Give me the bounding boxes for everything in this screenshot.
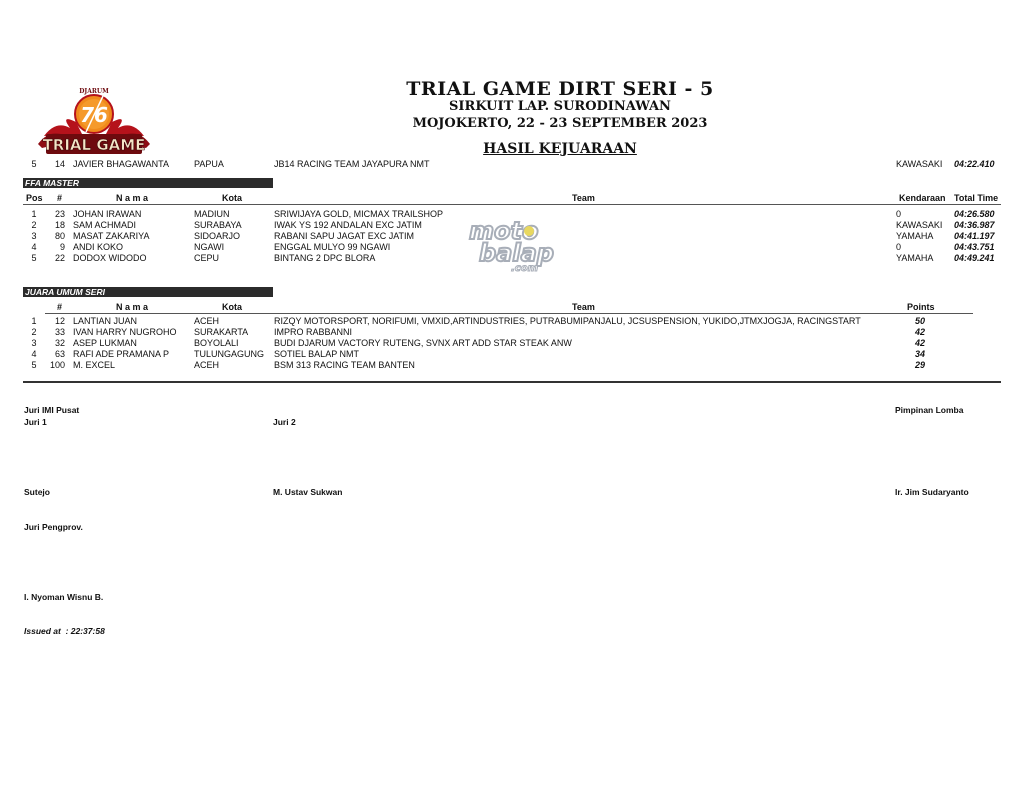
juri1-name: Sutejo — [24, 487, 50, 497]
header-divider — [23, 204, 1001, 205]
rider-city: SURAKARTA — [194, 327, 248, 337]
rider-vehicle: YAMAHA — [896, 253, 933, 263]
rider-name: LANTIAN JUAN — [73, 316, 137, 326]
pos: 4 — [28, 349, 40, 359]
rider-team: JB14 RACING TEAM JAYAPURA NMT — [274, 159, 430, 169]
pos: 3 — [28, 231, 40, 241]
rider-number: 14 — [45, 159, 65, 169]
rider-points: 34 — [905, 349, 935, 359]
motobalap-watermark: moto balap .com — [465, 215, 565, 273]
rider-city: PAPUA — [194, 159, 224, 169]
juri1-label: Juri 1 — [24, 417, 47, 427]
rider-number: 80 — [45, 231, 65, 241]
rider-name: RAFI ADE PRAMANA P — [73, 349, 169, 359]
rider-number: 100 — [45, 360, 65, 370]
rider-vehicle: 0 — [896, 209, 901, 219]
col-name: N a m a — [116, 193, 148, 203]
logo-name: TRIAL GAME — [43, 136, 146, 154]
svg-text:.com: .com — [511, 263, 538, 273]
rider-number: 33 — [45, 327, 65, 337]
rider-number: 9 — [45, 242, 65, 252]
table-row: 233IVAN HARRY NUGROHOSURAKARTAIMPRO RABB… — [0, 327, 1024, 338]
col-team: Team — [572, 193, 595, 203]
rider-team: BINTANG 2 DPC BLORA — [274, 253, 375, 263]
rider-name: M. EXCEL — [73, 360, 115, 370]
rider-city: MADIUN — [194, 209, 230, 219]
col-points: Points — [907, 302, 935, 312]
rider-team: ENGGAL MULYO 99 NGAWI — [274, 242, 390, 252]
table-row: 112LANTIAN JUANACEHRIZQY MOTORSPORT, NOR… — [0, 316, 1024, 327]
rider-number: 18 — [45, 220, 65, 230]
table-row: 5 14 JAVIER BHAGAWANTA PAPUA JB14 RACING… — [0, 159, 1024, 170]
rider-name: IVAN HARRY NUGROHO — [73, 327, 177, 337]
pimpinan-lomba-name: Ir. Jim Sudaryanto — [895, 487, 969, 497]
col-team: Team — [572, 302, 595, 312]
table-row: 332ASEP LUKMANBOYOLALIBUDI DJARUM VACTOR… — [0, 338, 1024, 349]
juri-pengprov-label: Juri Pengprov. — [24, 522, 83, 532]
rider-number: 12 — [45, 316, 65, 326]
event-venue: SIRKUIT LAP. SURODINAWAN — [300, 99, 820, 114]
rider-team: SOTIEL BALAP NMT — [274, 349, 359, 359]
col-name: N a m a — [116, 302, 148, 312]
col-time: Total Time — [954, 193, 998, 203]
pos: 5 — [28, 159, 40, 169]
pos: 5 — [28, 253, 40, 263]
pimpinan-lomba-label: Pimpinan Lomba — [895, 405, 963, 415]
rider-points: 42 — [905, 327, 935, 337]
rider-team: RABANI SAPU JAGAT EXC JATIM — [274, 231, 414, 241]
trial-game-logo: DJARUM 76 TRIAL GAME — [36, 84, 152, 160]
rider-name: MASAT ZAKARIYA — [73, 231, 150, 241]
rider-city: SURABAYA — [194, 220, 242, 230]
rider-number: 23 — [45, 209, 65, 219]
juara-umum-header: # N a m a Kota Team Points — [0, 302, 1024, 313]
table-row: 5100M. EXCELACEHBSM 313 RACING TEAM BANT… — [0, 360, 1024, 371]
rider-name: SAM ACHMADI — [73, 220, 136, 230]
pos: 5 — [28, 360, 40, 370]
issued-at: Issued at : 22:37:58 — [24, 626, 105, 636]
pos: 1 — [28, 209, 40, 219]
rider-name: ASEP LUKMAN — [73, 338, 137, 348]
rider-team: IWAK YS 192 ANDALAN EXC JATIM — [274, 220, 422, 230]
rider-city: ACEH — [194, 316, 219, 326]
rider-name: DODOX WIDODO — [73, 253, 147, 263]
rider-city: ACEH — [194, 360, 219, 370]
rider-team: BUDI DJARUM VACTORY RUTENG, SVNX ART ADD… — [274, 338, 572, 348]
juri-pengprov-name: I. Nyoman Wisnu B. — [24, 592, 103, 602]
rider-city: TULUNGAGUNG — [194, 349, 264, 359]
rider-time: 04:43.751 — [954, 242, 995, 252]
rider-points: 50 — [905, 316, 935, 326]
pos: 2 — [28, 327, 40, 337]
rider-name: JAVIER BHAGAWANTA — [73, 159, 169, 169]
section-juara-umum: JUARA UMUM SERI — [23, 287, 273, 297]
rider-team: RIZQY MOTORSPORT, NORIFUMI, VMXID,ARTIND… — [274, 316, 861, 326]
logo-sponsor-text: DJARUM — [79, 88, 109, 95]
rider-city: NGAWI — [194, 242, 224, 252]
rider-team: BSM 313 RACING TEAM BANTEN — [274, 360, 415, 370]
issued-label: Issued at : — [24, 626, 71, 636]
rider-city: CEPU — [194, 253, 219, 263]
rider-number: 63 — [45, 349, 65, 359]
pos: 2 — [28, 220, 40, 230]
rider-time: 04:22.410 — [954, 159, 995, 169]
table-row: 463RAFI ADE PRAMANA PTULUNGAGUNGSOTIEL B… — [0, 349, 1024, 360]
juri2-label: Juri 2 — [273, 417, 296, 427]
event-location-date: MOJOKERTO, 22 - 23 SEPTEMBER 2023 — [300, 116, 820, 131]
col-number: # — [57, 302, 62, 312]
issued-time: 22:37:58 — [71, 626, 105, 636]
section-divider — [23, 381, 1001, 383]
rider-city: BOYOLALI — [194, 338, 239, 348]
rider-number: 32 — [45, 338, 65, 348]
col-city: Kota — [222, 193, 242, 203]
rider-city: SIDOARJO — [194, 231, 240, 241]
rider-name: JOHAN IRAWAN — [73, 209, 141, 219]
col-pos: Pos — [26, 193, 43, 203]
col-number: # — [57, 193, 62, 203]
logo-number: 76 — [80, 103, 108, 127]
pos: 4 — [28, 242, 40, 252]
juri-imi-pusat-label: Juri IMI Pusat — [24, 405, 79, 415]
col-city: Kota — [222, 302, 242, 312]
juri2-name: M. Ustav Sukwan — [273, 487, 342, 497]
rider-points: 29 — [905, 360, 935, 370]
rider-time: 04:36.987 — [954, 220, 995, 230]
rider-team: IMPRO RABBANNI — [274, 327, 352, 337]
section-ffa-master: FFA MASTER — [23, 178, 273, 188]
pos: 1 — [28, 316, 40, 326]
col-vehicle: Kendaraan — [899, 193, 946, 203]
event-title: TRIAL GAME DIRT SERI - 5 — [300, 78, 820, 100]
ffa-master-header: Pos # N a m a Kota Team Kendaraan Total … — [0, 193, 1024, 204]
pos: 3 — [28, 338, 40, 348]
rider-name: ANDI KOKO — [73, 242, 123, 252]
rider-points: 42 — [905, 338, 935, 348]
rider-team: SRIWIJAYA GOLD, MICMAX TRAILSHOP — [274, 209, 443, 219]
rider-time: 04:41.197 — [954, 231, 995, 241]
rider-vehicle: 0 — [896, 242, 901, 252]
rider-vehicle: KAWASAKI — [896, 220, 942, 230]
rider-number: 22 — [45, 253, 65, 263]
rider-time: 04:26.580 — [954, 209, 995, 219]
results-subtitle: HASIL KEJUARAAN — [300, 141, 820, 157]
rider-time: 04:49.241 — [954, 253, 995, 263]
rider-vehicle: YAMAHA — [896, 231, 933, 241]
rider-vehicle: KAWASAKI — [896, 159, 942, 169]
header-divider — [45, 313, 973, 314]
